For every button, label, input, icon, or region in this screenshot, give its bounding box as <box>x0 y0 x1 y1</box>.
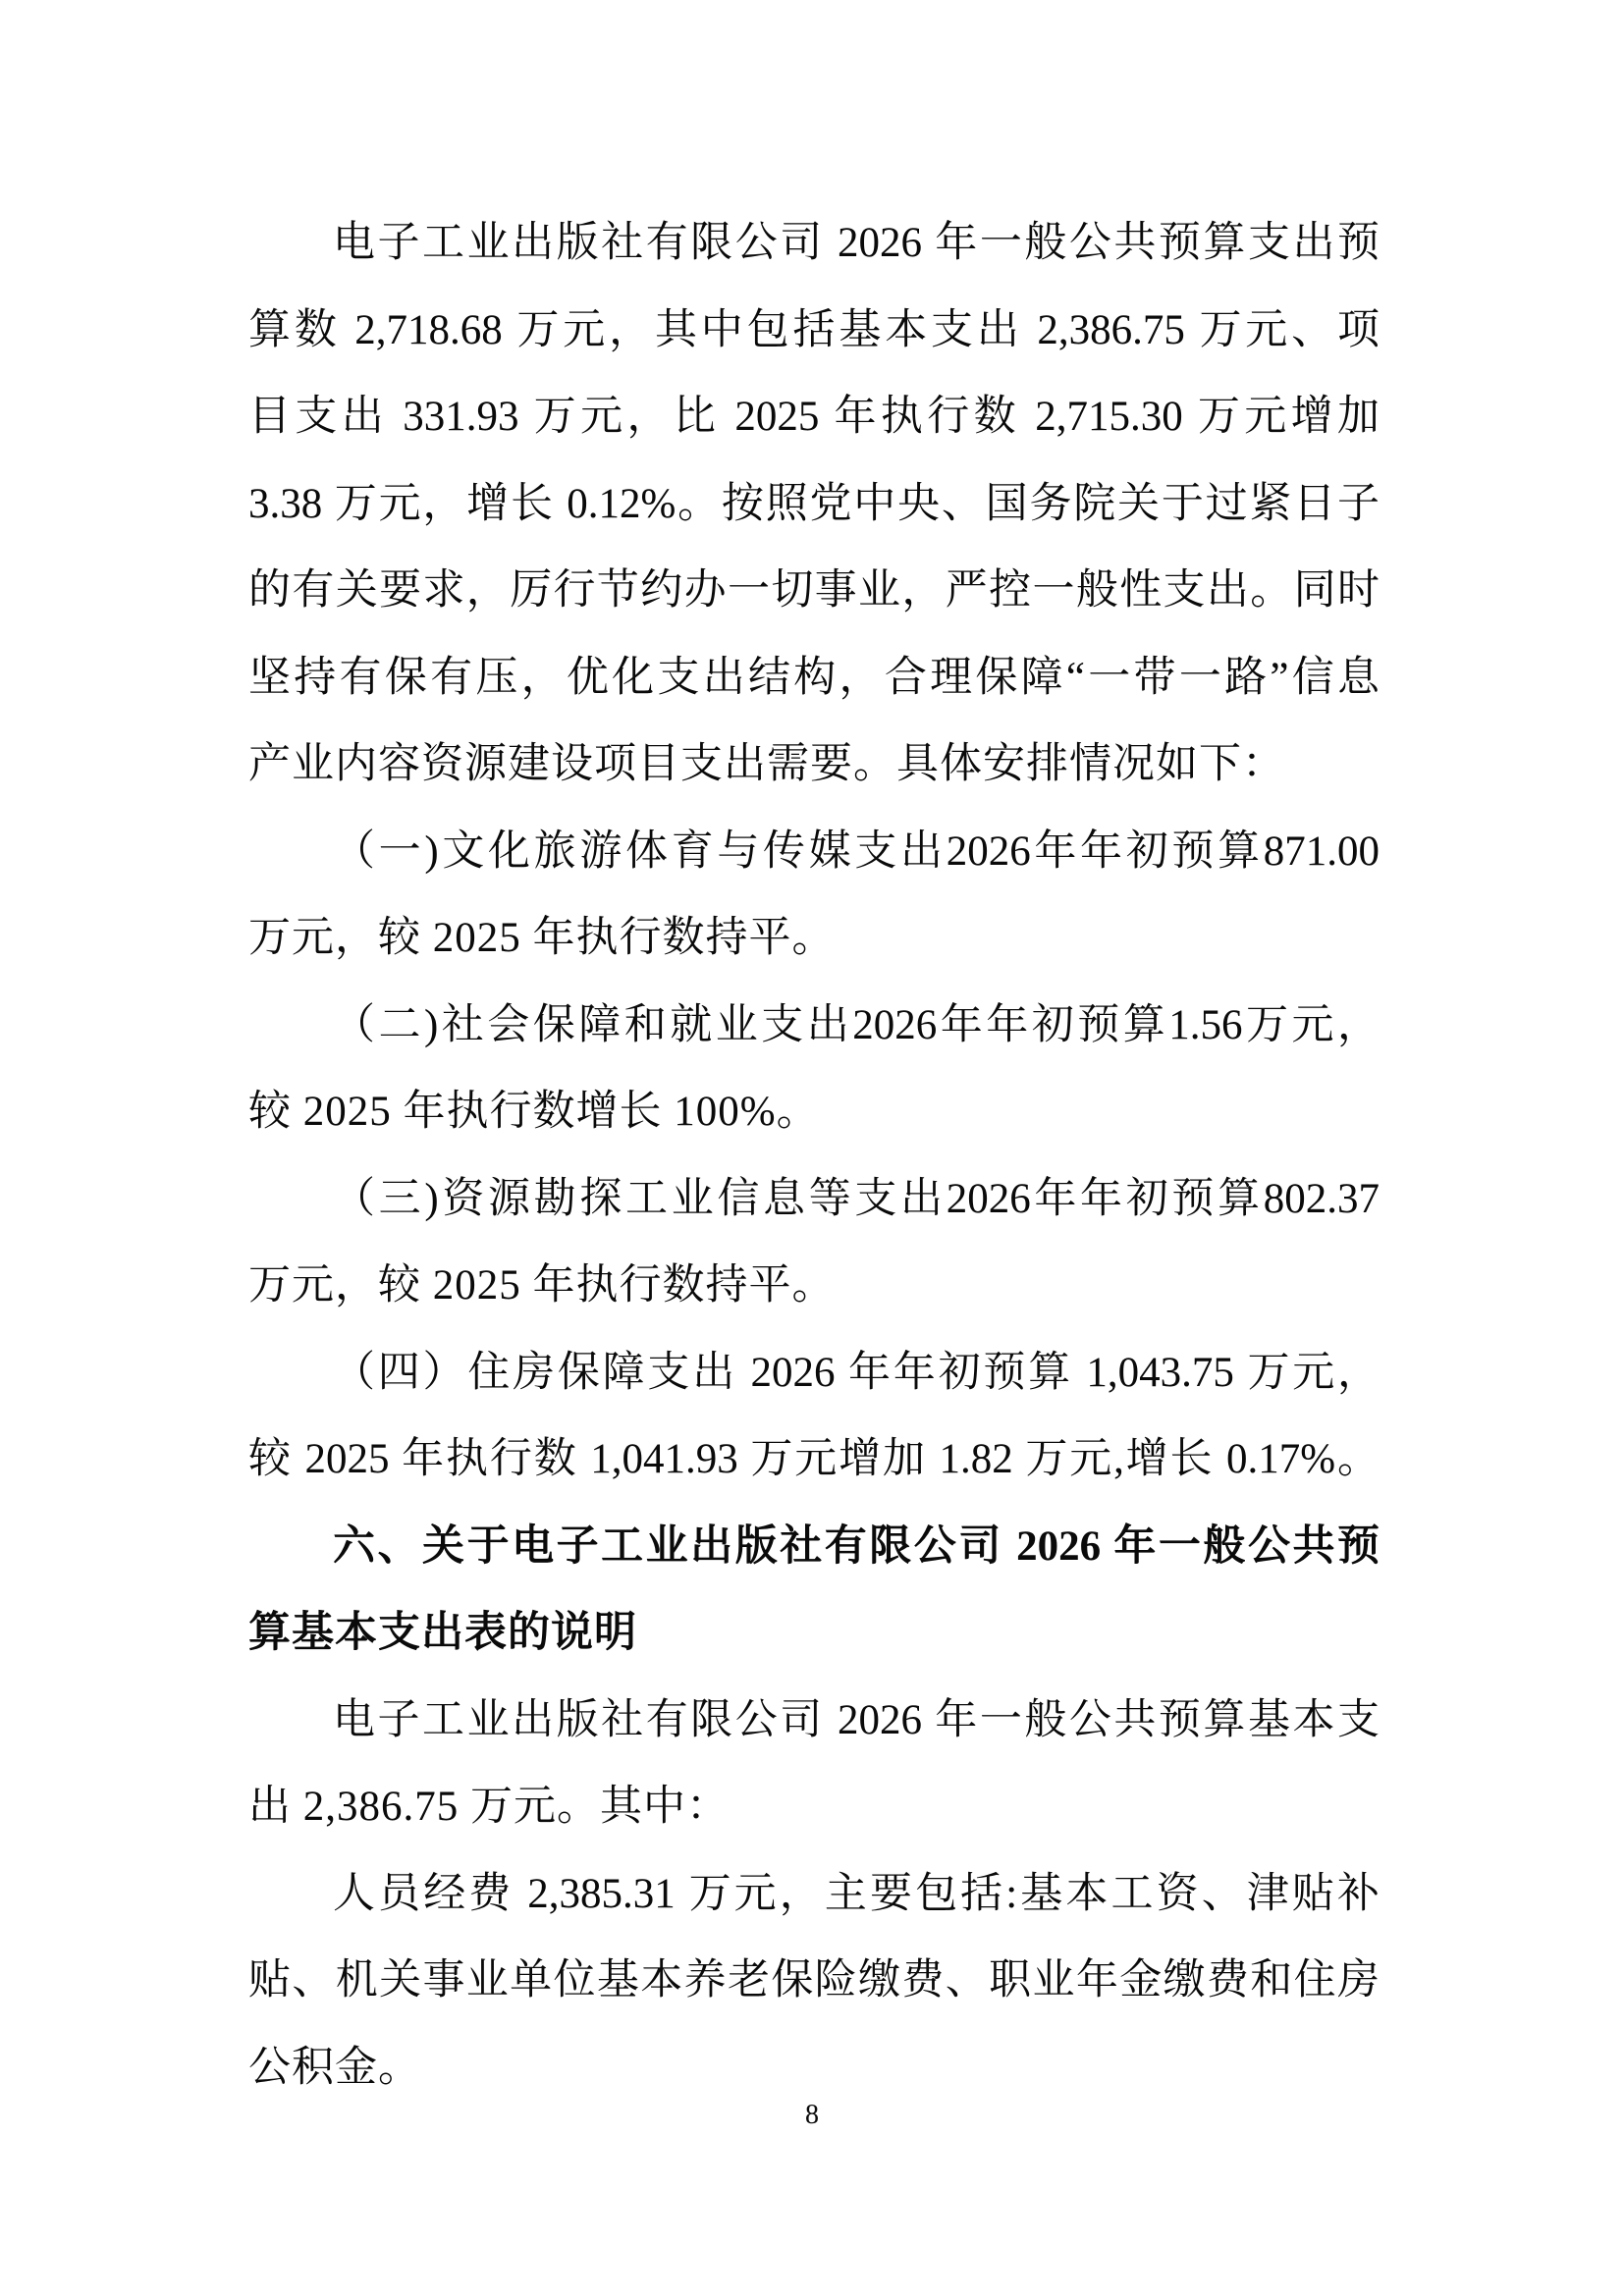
doc-line: 出 2,386.75 万元。其中： <box>248 1764 1380 1851</box>
doc-line: 坚持有保有压，优化支出结构，合理保障“一带一路”信息 <box>248 635 1380 722</box>
doc-line: （三)资源勘探工业信息等支出2026年年初预算802.37 <box>248 1156 1380 1244</box>
page-number: 8 <box>0 2099 1624 2132</box>
doc-line: 万元，较 2025 年执行数持平。 <box>248 895 1380 983</box>
doc-line: 较 2025 年执行数增长 100%。 <box>248 1069 1380 1156</box>
doc-line: 贴、机关事业单位基本养老保险缴费、职业年金缴费和住房 <box>248 1938 1380 2025</box>
doc-line: 目支出 331.93 万元，比 2025 年执行数 2,715.30 万元增加 <box>248 374 1380 461</box>
doc-line: 产业内容资源建设项目支出需要。具体安排情况如下： <box>248 721 1380 809</box>
doc-heading-line: 六、关于电子工业出版社有限公司 2026 年一般公共预 <box>248 1504 1380 1591</box>
doc-line: 电子工业出版社有限公司 2026 年一般公共预算支出预 <box>248 200 1380 288</box>
doc-line: （四）住房保障支出 2026 年年初预算 1,043.75 万元， <box>248 1330 1380 1417</box>
doc-line: 算数 2,718.68 万元，其中包括基本支出 2,386.75 万元、项 <box>248 288 1380 375</box>
document-page: 电子工业出版社有限公司 2026 年一般公共预算支出预 算数 2,718.68 … <box>0 0 1624 2296</box>
doc-line: 较 2025 年执行数 1,041.93 万元增加 1.82 万元,增长 0.1… <box>248 1416 1380 1504</box>
doc-line: （一)文化旅游体育与传媒支出2026年年初预算871.00 <box>248 809 1380 896</box>
doc-line: 人员经费 2,385.31 万元，主要包括:基本工资、津贴补 <box>248 1851 1380 1939</box>
document-text-block: 电子工业出版社有限公司 2026 年一般公共预算支出预 算数 2,718.68 … <box>248 200 1380 2111</box>
doc-line: 万元，较 2025 年执行数持平。 <box>248 1243 1380 1330</box>
doc-line: （二)社会保障和就业支出2026年年初预算1.56万元， <box>248 983 1380 1070</box>
doc-line: 3.38 万元，增长 0.12%。按照党中央、国务院关于过紧日子 <box>248 461 1380 549</box>
doc-line: 电子工业出版社有限公司 2026 年一般公共预算基本支 <box>248 1678 1380 1765</box>
doc-heading-line: 算基本支出表的说明 <box>248 1590 1380 1678</box>
doc-line: 的有关要求，厉行节约办一切事业，严控一般性支出。同时 <box>248 548 1380 635</box>
